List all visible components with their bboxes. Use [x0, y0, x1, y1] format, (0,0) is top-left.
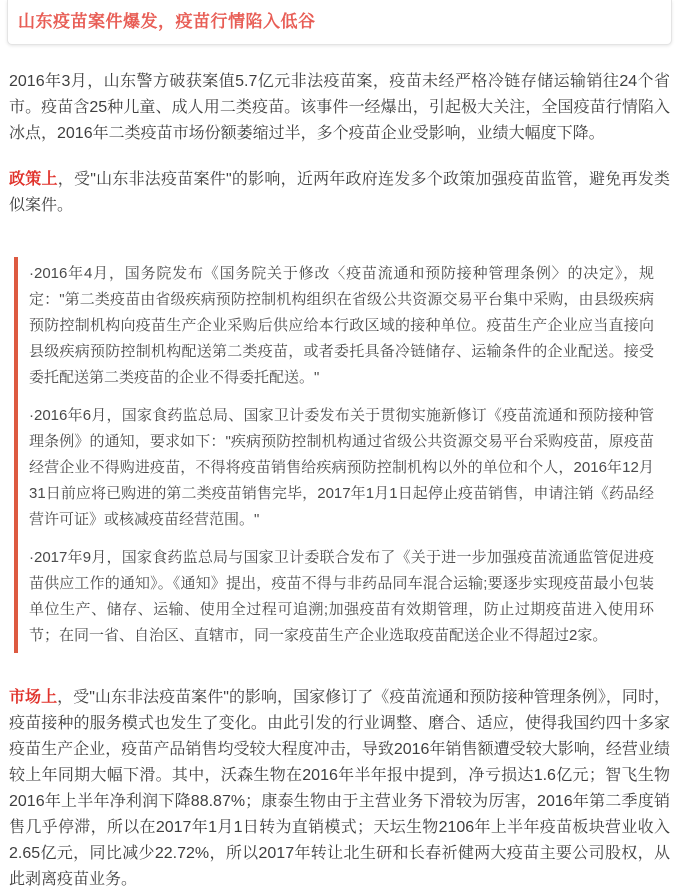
policy-label: 政策上 — [9, 171, 58, 188]
policy-timeline-blockquote: ·2016年4月，国务院发布《国务院关于修改〈疫苗流通和预防接种管理条例〉的决定… — [14, 257, 666, 653]
policy-paragraph: 政策上，受"山东非法疫苗案件"的影响，近两年政府连发多个政策加强疫苗监管，避免再… — [9, 167, 670, 219]
article-page: 山东疫苗案件爆发，疫苗行情陷入低谷 2016年3月，山东警方破获案值5.7亿元非… — [0, 0, 679, 891]
article-body: 2016年3月，山东警方破获案值5.7亿元非法疫苗案，疫苗未经严格冷链存储运输销… — [0, 69, 679, 891]
policy-paragraph-text: ，受"山东非法疫苗案件"的影响，近两年政府连发多个政策加强疫苗监管，避免再发类似… — [9, 171, 670, 214]
article-title: 山东疫苗案件爆发，疫苗行情陷入低谷 — [18, 11, 661, 32]
market-paragraph: 市场上，受"山东非法疫苗案件"的影响，国家修订了《疫苗流通和预防接种管理条例》，… — [9, 685, 670, 891]
market-paragraph-text: ，受"山东非法疫苗案件"的影响，国家修订了《疫苗流通和预防接种管理条例》，同时，… — [9, 689, 670, 888]
market-label: 市场上 — [9, 689, 57, 706]
timeline-item-2016-04: ·2016年4月，国务院发布《国务院关于修改〈疫苗流通和预防接种管理条例〉的决定… — [29, 261, 654, 391]
timeline-item-2017-09: ·2017年9月，国家食药监总局与国家卫计委联合发布了《关于进一步加强疫苗流通监… — [29, 545, 654, 649]
timeline-item-2016-06: ·2016年6月，国家食药监总局、国家卫计委发布关于贯彻实施新修订《疫苗流通和预… — [29, 403, 654, 533]
article-header-card: 山东疫苗案件爆发，疫苗行情陷入低谷 — [7, 0, 672, 45]
intro-paragraph: 2016年3月，山东警方破获案值5.7亿元非法疫苗案，疫苗未经严格冷链存储运输销… — [9, 69, 670, 147]
